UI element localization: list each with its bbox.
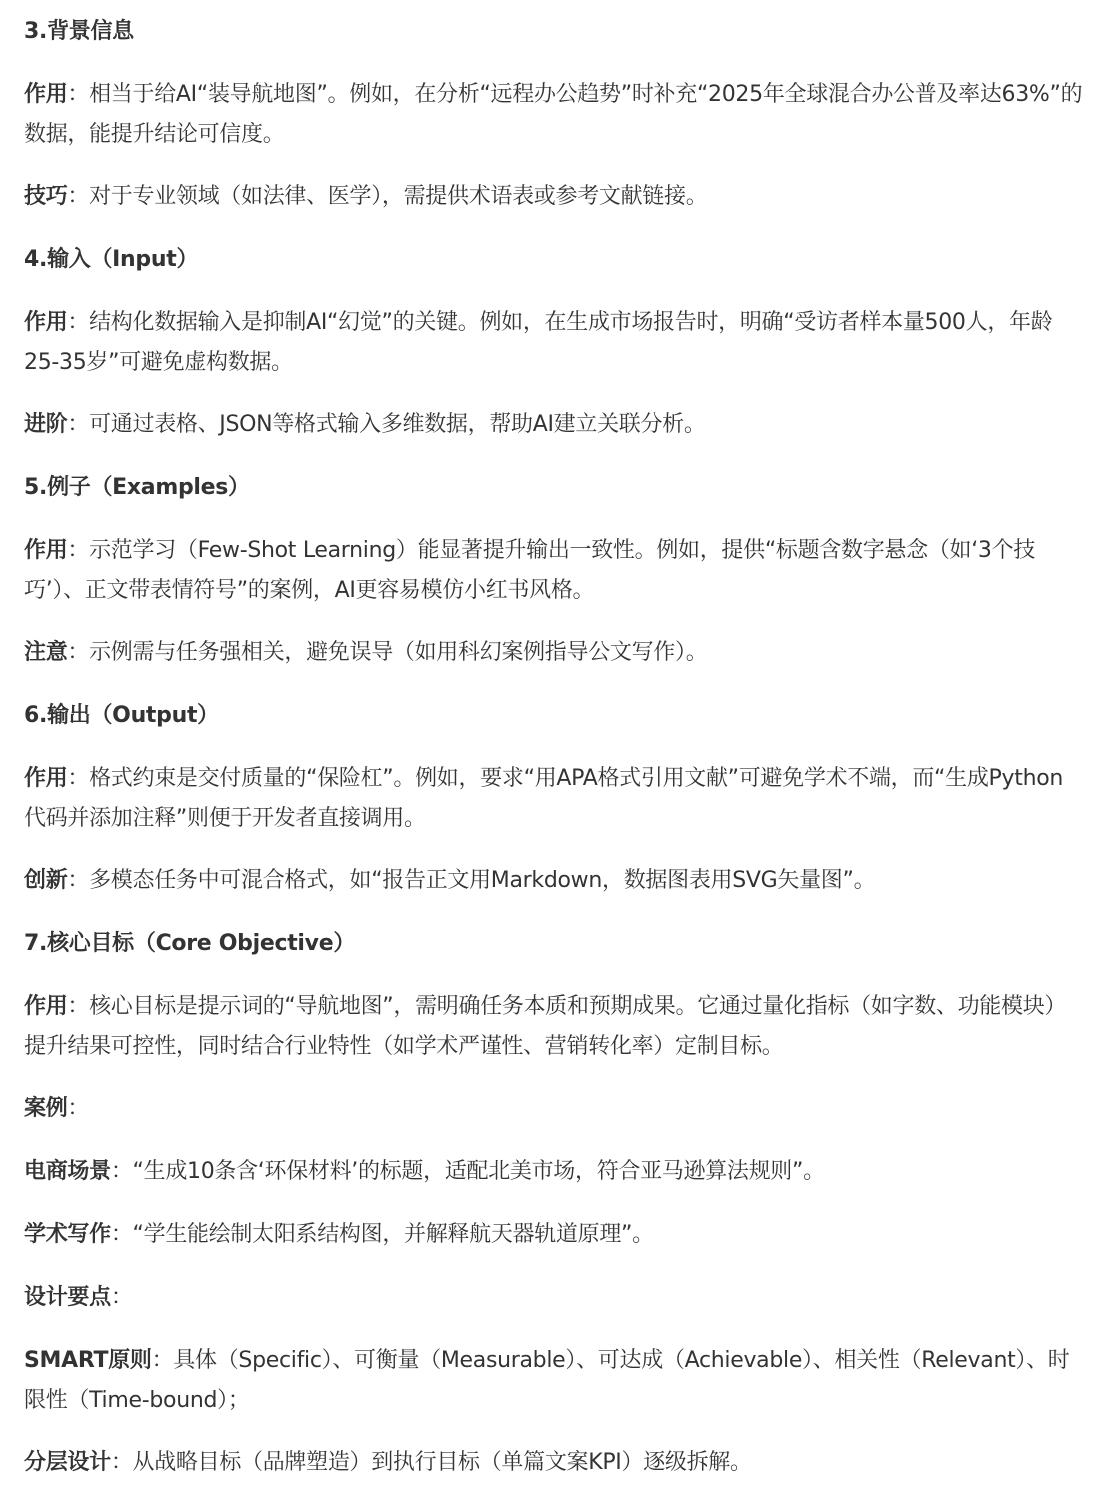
paragraph-label: 作用 xyxy=(24,538,67,563)
paragraph-text: 对于专业领域（如法律、医学），需提供术语表或参考文献链接。 xyxy=(89,184,707,209)
paragraph-examples-note: 注意：示例需与任务强相关，避免误导（如用科幻案例指导公文写作）。 xyxy=(24,633,1083,673)
paragraph-text: “生成10条含‘环保材料’的标题，适配北美市场，符合亚马逊算法规则”。 xyxy=(133,1159,825,1184)
paragraph-label: 作用 xyxy=(24,310,67,335)
paragraph-input-advanced: 进阶：可通过表格、JSON等格式输入多维数据，帮助AI建立关联分析。 xyxy=(24,405,1083,445)
paragraph-core-smart: SMART原则：具体（Specific）、可衡量（Measurable）、可达成… xyxy=(24,1341,1083,1421)
paragraph-core-role: 作用：核心目标是提示词的“导航地图”，需明确任务本质和预期成果。它通过量化指标（… xyxy=(24,987,1083,1067)
paragraph-label: 设计要点 xyxy=(24,1285,111,1310)
paragraph-core-ecommerce: 电商场景：“生成10条含‘环保材料’的标题，适配北美市场，符合亚马逊算法规则”。 xyxy=(24,1152,1083,1192)
paragraph-input-role: 作用：结构化数据输入是抑制AI“幻觉”的关键。例如，在生成市场报告时，明确“受访… xyxy=(24,303,1083,383)
paragraph-text: 多模态任务中可混合格式，如“报告正文用Markdown，数据图表用SVG矢量图”… xyxy=(89,868,875,893)
paragraph-label: 创新 xyxy=(24,868,67,893)
paragraph-label: 作用 xyxy=(24,766,67,791)
paragraph-text: 相当于给AI“装导航地图”。例如，在分析“远程办公趋势”时补充“2025年全球混… xyxy=(24,82,1082,147)
paragraph-label: 技巧 xyxy=(24,184,67,209)
paragraph-core-layered: 分层设计：从战略目标（品牌塑造）到执行目标（单篇文案KPI）逐级拆解。 xyxy=(24,1443,1083,1483)
paragraph-text: “学生能绘制太阳系结构图，并解释航天器轨道原理”。 xyxy=(133,1222,654,1247)
paragraph-label: 学术写作 xyxy=(24,1222,111,1247)
section-heading-output: 6.输出（Output） xyxy=(24,696,1083,736)
section-heading-core-objective: 7.核心目标（Core Objective） xyxy=(24,924,1083,964)
section-heading-input: 4.输入（Input） xyxy=(24,240,1083,280)
paragraph-label: 作用 xyxy=(24,994,67,1019)
paragraph-text: 从战略目标（品牌塑造）到执行目标（单篇文案KPI）逐级拆解。 xyxy=(133,1450,752,1475)
paragraph-background-tip: 技巧：对于专业领域（如法律、医学），需提供术语表或参考文献链接。 xyxy=(24,177,1083,217)
paragraph-text: 结构化数据输入是抑制AI“幻觉”的关键。例如，在生成市场报告时，明确“受访者样本… xyxy=(24,310,1052,375)
paragraph-text: 可通过表格、JSON等格式输入多维数据，帮助AI建立关联分析。 xyxy=(89,412,705,437)
paragraph-text: 示范学习（Few-Shot Learning）能显著提升输出一致性。例如，提供“… xyxy=(24,538,1035,603)
paragraph-label: 电商场景 xyxy=(24,1159,111,1184)
paragraph-label: 分层设计 xyxy=(24,1450,111,1475)
paragraph-core-academic: 学术写作：“学生能绘制太阳系结构图，并解释航天器轨道原理”。 xyxy=(24,1215,1083,1255)
paragraph-background-role: 作用：相当于给AI“装导航地图”。例如，在分析“远程办公趋势”时补充“2025年… xyxy=(24,75,1083,155)
section-heading-examples: 5.例子（Examples） xyxy=(24,468,1083,508)
paragraph-label: SMART原则 xyxy=(24,1348,152,1373)
paragraph-core-design-points: 设计要点： xyxy=(24,1278,1083,1318)
paragraph-text: 示例需与任务强相关，避免误导（如用科幻案例指导公文写作）。 xyxy=(89,640,707,665)
paragraph-text: 具体（Specific）、可衡量（Measurable）、可达成（Achieva… xyxy=(24,1348,1070,1413)
paragraph-label: 进阶 xyxy=(24,412,67,437)
paragraph-text: 格式约束是交付质量的“保险杠”。例如，要求“用APA格式引用文献”可避免学术不端… xyxy=(24,766,1063,831)
paragraph-output-innovation: 创新：多模态任务中可混合格式，如“报告正文用Markdown，数据图表用SVG矢… xyxy=(24,861,1083,901)
paragraph-label: 作用 xyxy=(24,82,67,107)
paragraph-label: 案例 xyxy=(24,1096,67,1121)
paragraph-output-role: 作用：格式约束是交付质量的“保险杠”。例如，要求“用APA格式引用文献”可避免学… xyxy=(24,759,1083,839)
paragraph-core-cases: 案例： xyxy=(24,1089,1083,1129)
paragraph-text: 核心目标是提示词的“导航地图”，需明确任务本质和预期成果。它通过量化指标（如字数… xyxy=(24,994,1066,1059)
paragraph-label: 注意 xyxy=(24,640,67,665)
section-heading-background: 3.背景信息 xyxy=(24,12,1083,52)
document: 3.背景信息 作用：相当于给AI“装导航地图”。例如，在分析“远程办公趋势”时补… xyxy=(0,0,1113,1491)
paragraph-examples-role: 作用：示范学习（Few-Shot Learning）能显著提升输出一致性。例如，… xyxy=(24,531,1083,611)
